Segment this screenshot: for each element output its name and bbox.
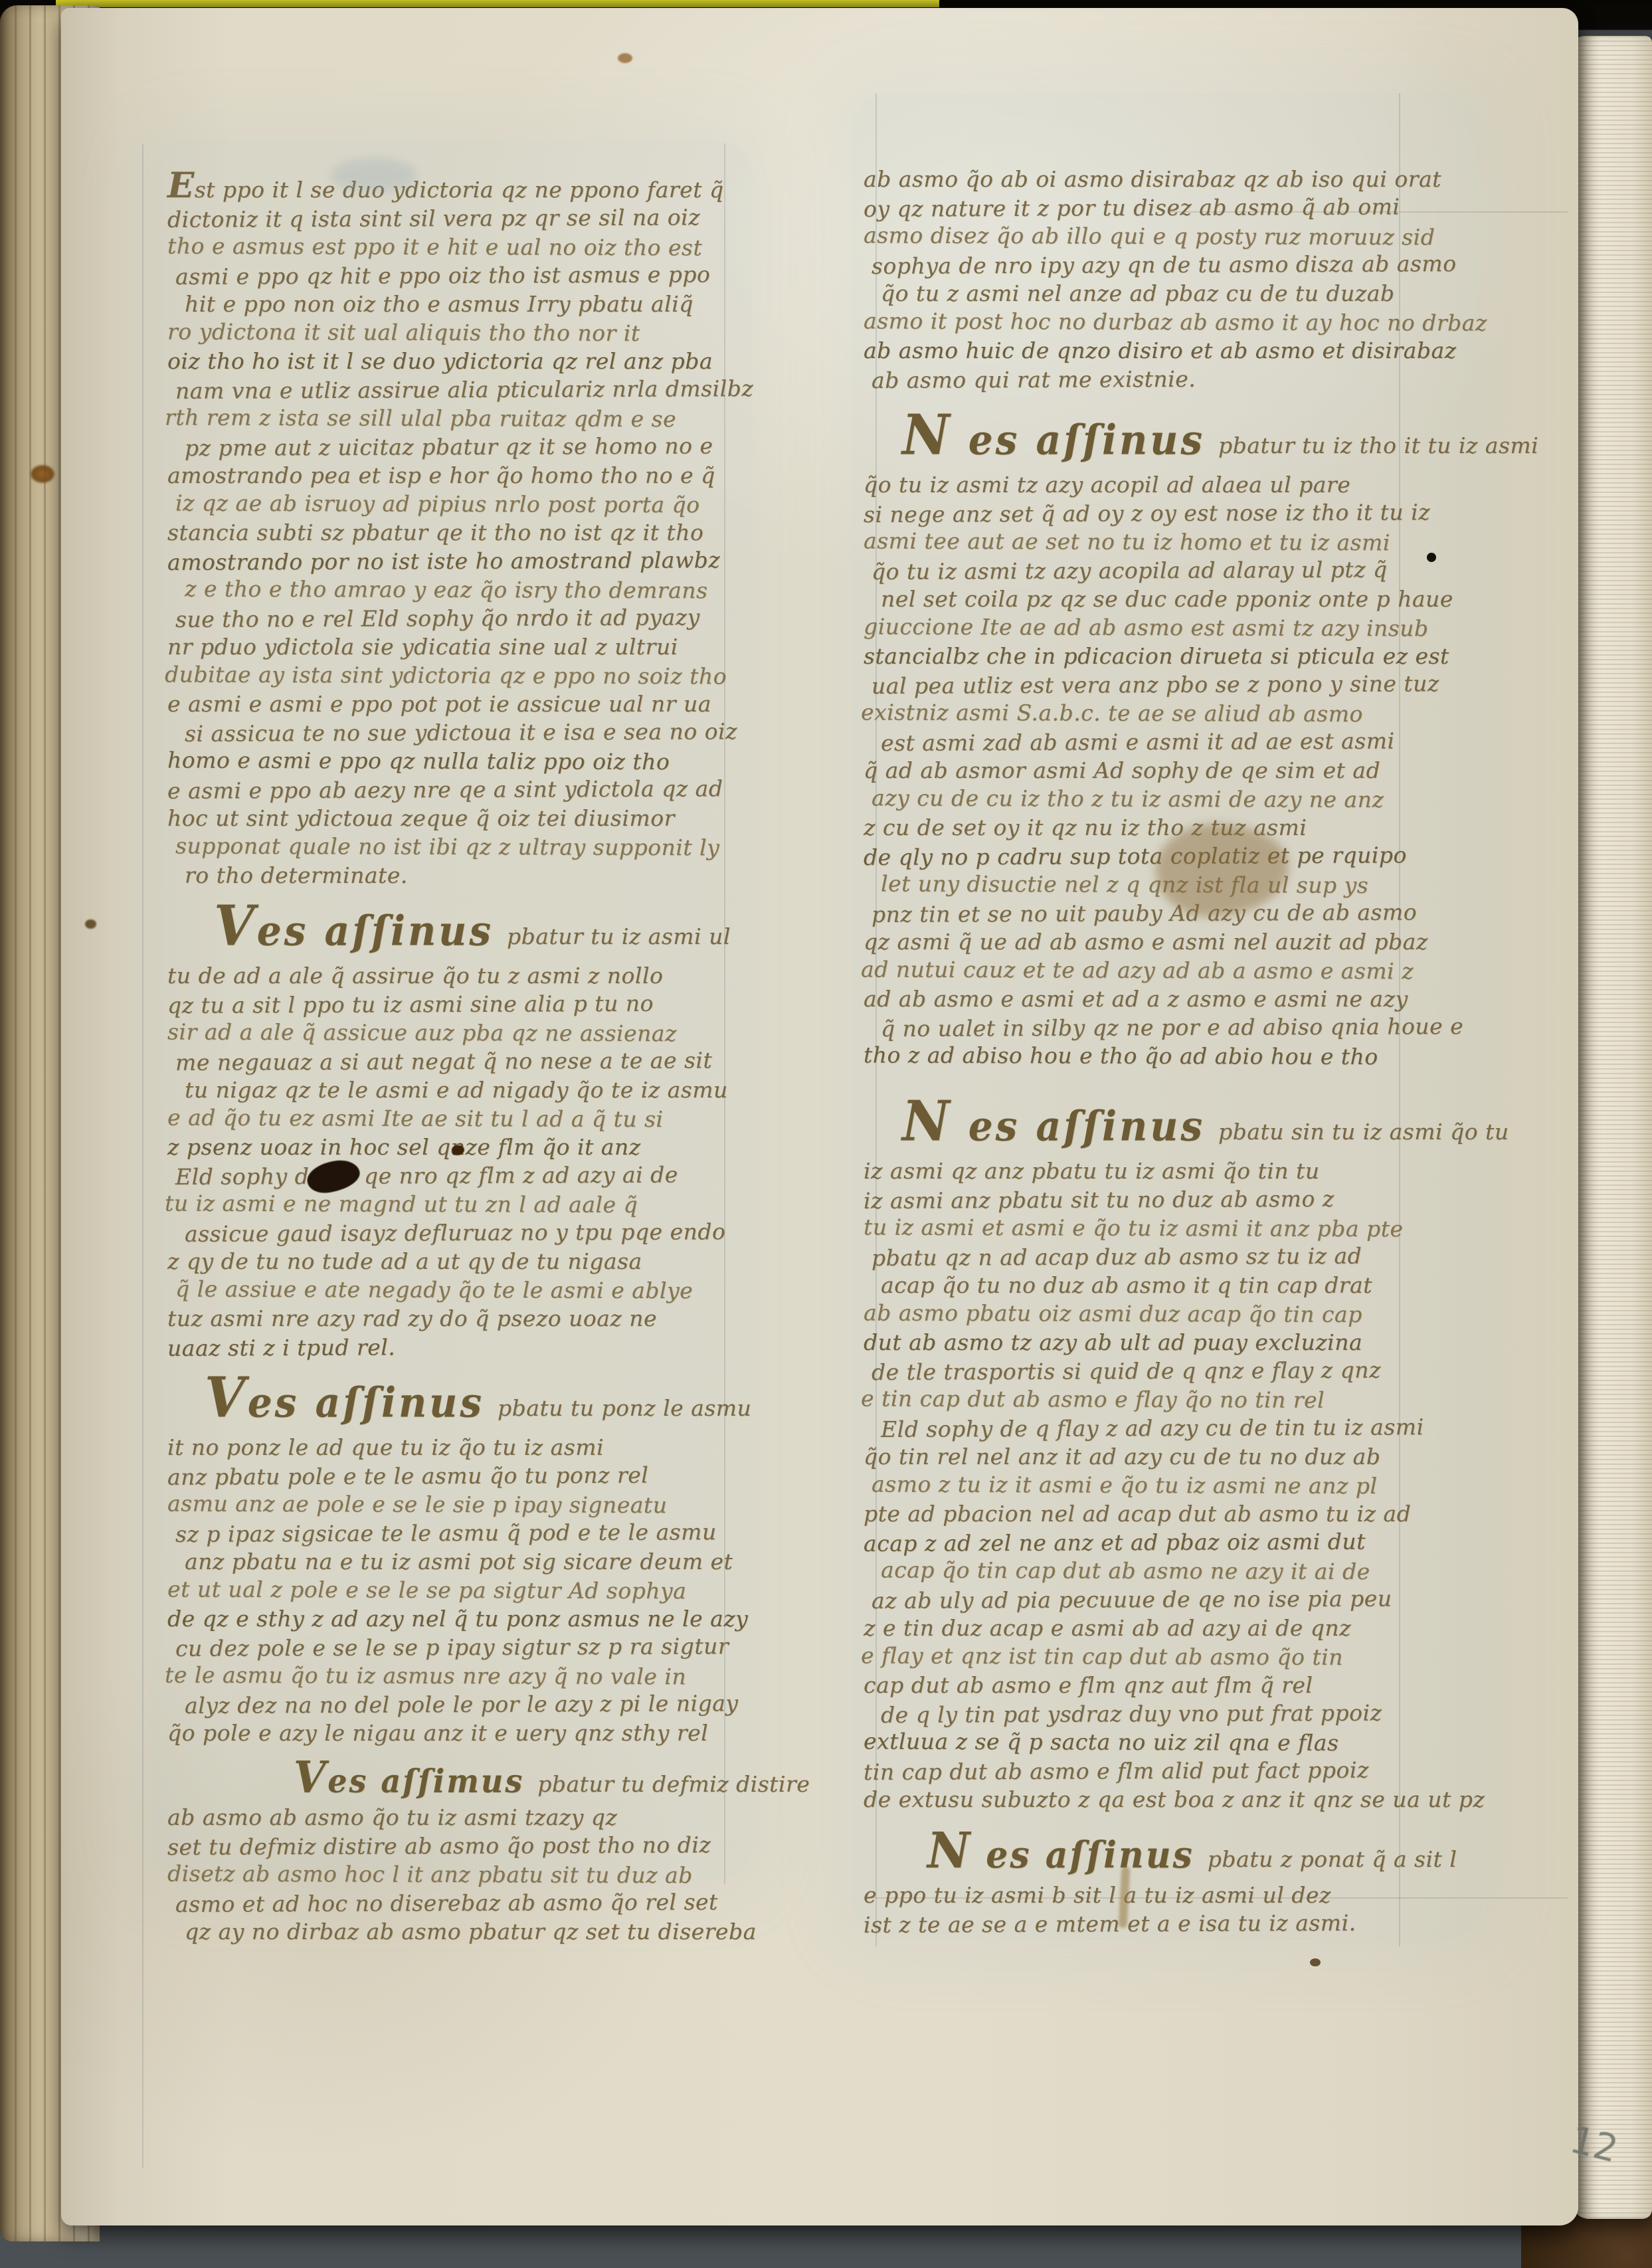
text-line: e tin cap dut ab asmo e flay q̃o no tin …	[861, 1384, 1471, 1414]
text-line: si assicua te no sue ydictoua it e isa e…	[185, 717, 752, 748]
heading-lead-text: pbatur tu iz tho it tu iz asmi	[1218, 432, 1538, 458]
heading-lead-text: pbatur tu iz asmi ul	[507, 923, 731, 949]
text-line: q̃o pole e azy le nigau anz it e uery qn…	[167, 1719, 752, 1747]
left-text-column: Est ppo it l se duo ydictoria qz ne ppon…	[167, 171, 752, 1958]
text-line: ab asmo pbatu oiz asmi duz acap q̃o tin …	[864, 1298, 1471, 1329]
text-line: e asmi e asmi e ppo pot pot ie assicue u…	[167, 690, 752, 718]
text-line: e asmi e ppo ab aezy nre qe a sint ydict…	[167, 774, 752, 805]
heading-lead-text: pbatu tu ponz le asmu	[498, 1395, 751, 1421]
text-line: te le asmu q̃o tu iz asmus nre azy q̃ no…	[165, 1660, 752, 1691]
text-line: asmo disez q̃o ab illo qui e q posty ruz…	[864, 221, 1471, 251]
sophism-heading: N es aſſinus	[902, 1095, 1205, 1153]
paragraph: N es aſſinuspbatu sin tu iz asmi q̃o tu …	[864, 1097, 1471, 1814]
text-line: nam vna e utliz assirue alia pticulariz …	[175, 374, 752, 405]
text-line: ad ab asmo e asmi et ad a z asmo e asmi …	[864, 985, 1471, 1013]
text-line: stancia subti sz pbatur qe it tho no ist…	[167, 518, 752, 547]
text-line: stancialbz che in pdicacion dirueta si p…	[864, 642, 1471, 670]
text-line: tuz asmi nre azy rad zy do q̃ psezo uoaz…	[167, 1304, 752, 1333]
sophism-heading: Ves aſſimus	[294, 1758, 524, 1801]
text-line: q̃o tu iz asmi tz azy acopila ad alaray …	[872, 555, 1471, 586]
paragraph-lines: q̃o tu iz asmi tz azy acopil ad alaea ul…	[864, 470, 1471, 1070]
text-line: acap q̃o tin cap dut ab asmo ne azy it a…	[881, 1555, 1471, 1586]
text-line: me negauaz a si aut negat q̃ no nese a t…	[175, 1046, 752, 1077]
text-line: e flay et qnz ist tin cap dut ab asmo q̃…	[861, 1641, 1471, 1671]
text-line: asmo et ad hoc no diserebaz ab asmo q̃o …	[175, 1887, 752, 1919]
paragraph-lines: e ppo tu iz asmi b sit l a tu iz asmi ul…	[864, 1881, 1471, 1938]
text-line: iz asmi anz pbatu sit tu no duz ab asmo …	[864, 1184, 1471, 1215]
heading-lead-text: pbatu z ponat q̃ a sit l	[1208, 1846, 1457, 1872]
text-line: homo e asmi e ppo qz nulla taliz ppo oiz…	[167, 745, 752, 776]
text-line: q̃o tu iz asmi tz azy acopil ad alaea ul…	[864, 470, 1471, 499]
text-line: existniz asmi S.a.b.c. te ae se aliud ab…	[861, 698, 1471, 728]
text-line: tu iz asmi et asmi e q̃o tu iz asmi it a…	[864, 1212, 1471, 1243]
text-line: ro ydictona it sit ual aliquis tho tho n…	[167, 317, 752, 347]
text-line: dictoniz it q ista sint sil vera pz qr s…	[167, 203, 752, 234]
text-line: Eld sophy de q flay z ad azy cu de tin t…	[881, 1412, 1471, 1444]
text-line: cu dez pole e se le se p ipay sigtur sz …	[175, 1632, 752, 1663]
paragraph: Ves aſſinuspbatu tu ponz le asmu it no p…	[167, 1373, 752, 1747]
text-line: uaaz sti z i tpud rel.	[167, 1331, 752, 1363]
text-line: ist z te ae se a e mtem et a e isa tu iz…	[864, 1908, 1471, 1939]
text-line: acap q̃o tu no duz ab asmo it q tin cap …	[881, 1271, 1471, 1299]
section-heading-line: Ves aſſinuspbatur tu iz asmi ul	[167, 901, 752, 961]
text-line: amostrando por no ist iste ho amostrand …	[167, 545, 752, 577]
text-line: az ab uly ad pia pecuuue de qe no ise pi…	[872, 1584, 1471, 1615]
text-line: tin cap dut ab asmo e flm alid put fact …	[864, 1755, 1471, 1786]
text-line: tho z ad abiso hou e tho q̃o ad abio hou…	[864, 1040, 1471, 1071]
text-line: et ut ual z pole e se le se pa sigtur Ad…	[167, 1574, 752, 1605]
text-line: azy cu de cu iz tho z tu iz asmi de azy …	[872, 783, 1471, 814]
text-line: set tu defmiz distire ab asmo q̃o post t…	[167, 1830, 752, 1861]
sophism-heading: N es aſſinus	[927, 1828, 1194, 1878]
text-line: est asmi zad ab asmi e asmi it ad ae est…	[881, 726, 1471, 757]
text-line: assicue gaud isayz defluruaz no y tpu pq…	[185, 1217, 752, 1248]
paragraph: ab asmo q̃o ab oi asmo disirabaz qz ab i…	[864, 165, 1471, 393]
text-line: pnz tin et se no uit pauby Ad azy cu de …	[872, 898, 1471, 929]
manuscript-photo: Est ppo it l se duo ydictoria qz ne ppon…	[0, 0, 1652, 2268]
text-line: ab asmo ab asmo q̃o tu iz asmi tzazy qz	[167, 1803, 752, 1832]
sophism-heading: Ves aſſinus	[214, 900, 494, 957]
text-line: q̃ le assiue e ate negady q̃o te le asmi…	[175, 1274, 752, 1305]
heading-lead-text: pbatur tu defmiz distire	[537, 1771, 810, 1797]
text-line: tu de ad a ale q̃ assirue q̃o tu z asmi …	[167, 961, 752, 990]
text-line: extluua z se q̃ p sacta no uiz zil qna e…	[864, 1727, 1471, 1757]
text-line: ad nutui cauz et te ad azy ad ab a asmo …	[861, 955, 1471, 985]
text-line: hit e ppo non oiz tho e asmus Irry pbatu…	[185, 290, 752, 318]
text-line: z cu de set oy it qz nu iz tho z tuz asm…	[864, 813, 1471, 842]
text-line: q̃o tin rel nel anz it ad azy cu de tu n…	[864, 1442, 1471, 1471]
text-line: qz tu a sit l ppo tu iz asmi sine alia p…	[167, 989, 752, 1020]
text-line: rth rem z ista se sill ulal pba ruitaz q…	[165, 403, 752, 433]
paragraph-lines: it no ponz le ad que tu iz q̃o tu iz asm…	[167, 1433, 752, 1747]
paragraph-lines: tu de ad a ale q̃ assirue q̃o tu z asmi …	[167, 961, 752, 1361]
text-line: anz pbatu na e tu iz asmi pot sig sicare…	[185, 1547, 752, 1576]
text-line: let uny disuctie nel z q qnz ist fla ul …	[881, 869, 1471, 899]
section-heading-line: Ves aſſinuspbatu tu ponz le asmu	[167, 1373, 752, 1433]
text-line: anz pbatu pole e te le asmu q̃o tu ponz …	[167, 1460, 752, 1491]
section-heading-line: N es aſſinuspbatur tu iz tho it tu iz as…	[864, 411, 1471, 470]
paragraph-lines: ab asmo q̃o ab oi asmo disirabaz qz ab i…	[864, 165, 1471, 393]
text-line: qz ay no dirbaz ab asmo pbatur qz set tu…	[185, 1917, 752, 1946]
text-line: asmi e ppo qz hit e ppo oiz tho ist asmu…	[175, 260, 752, 291]
text-line: acap z ad zel ne anz et ad pbaz oiz asmi…	[864, 1527, 1471, 1558]
text-line: dut ab asmo tz azy ab ult ad puay excluz…	[864, 1328, 1471, 1357]
margin-ruling-left	[142, 143, 143, 2168]
text-line: z qy de tu no tude ad a ut qy de tu niga…	[167, 1247, 752, 1276]
section-heading-line: Ves aſſimuspbatur tu defmiz distire	[167, 1759, 752, 1803]
text-line: oiz tho ho ist it l se duo ydictoria qz …	[167, 347, 752, 375]
paragraph: N es aſſinuspbatur tu iz tho it tu iz as…	[864, 411, 1471, 1070]
text-line: z e tin duz acap e asmi ab ad azy ai de …	[864, 1614, 1471, 1642]
text-line: de q ly tin pat ysdraz duy vno put frat …	[881, 1698, 1471, 1729]
text-line: asmo it post hoc no durbaz ab asmo it ay…	[864, 306, 1471, 337]
text-line: q̃o tu z asmi nel anze ad pbaz cu de tu …	[881, 279, 1471, 308]
text-line: ual pea utliz est vera anz pbo se z pono…	[872, 669, 1471, 700]
text-line: tu iz asmi e ne magnd ut tu zn l ad aale…	[165, 1188, 752, 1219]
sophism-heading: N es aſſinus	[902, 409, 1205, 466]
text-line: de qly no p cadru sup tota coplatiz et p…	[864, 840, 1471, 872]
heading-lead-text: pbatu sin tu iz asmi q̃o tu	[1218, 1119, 1509, 1145]
text-line: e ad q̃o tu ez asmi Ite ae sit tu l ad a…	[167, 1103, 752, 1133]
paragraph: Est ppo it l se duo ydictoria qz ne ppon…	[167, 171, 752, 890]
text-line: iz asmi qz anz pbatu tu iz asmi q̃o tin …	[864, 1157, 1471, 1185]
right-text-column: ab asmo q̃o ab oi asmo disirabaz qz ab i…	[864, 165, 1471, 1950]
text-line: ab asmo qui rat me existnie.	[872, 363, 1471, 395]
text-line: asmi tee aut ae set no tu iz homo et tu …	[864, 526, 1471, 557]
text-line: de tle trasportis si quid de q qnz e fla…	[872, 1355, 1471, 1386]
paragraph-lines: iz asmi qz anz pbatu tu iz asmi q̃o tin …	[864, 1157, 1471, 1814]
text-line: dubitae ay ista sint ydictoria qz e ppo …	[165, 660, 752, 690]
fore-edge-page-curl	[1572, 36, 1652, 2219]
text-line: sophya de nro ipy azy qn de tu asmo disz…	[872, 249, 1471, 280]
text-line: pte ad pbacion nel ad acap dut ab asmo t…	[864, 1499, 1471, 1528]
paragraph: Ves aſſinuspbatur tu iz asmi ul tu de ad…	[167, 901, 752, 1361]
text-line: oy qz nature it z por tu disez ab asmo q…	[864, 192, 1471, 223]
text-line: ro tho determinate.	[185, 861, 752, 890]
text-line: de extusu subuzto z qa est boa z anz it …	[864, 1785, 1471, 1814]
text-line: it no ponz le ad que tu iz q̃o tu iz asm…	[167, 1433, 752, 1462]
text-line: nel set coila pz qz se duc cade pponiz o…	[881, 585, 1471, 613]
text-line: si nege anz set q̃ ad oy z oy est nose i…	[864, 498, 1471, 529]
text-line: disetz ab asmo hoc l it anz pbatu sit tu…	[167, 1859, 752, 1889]
text-line: ab asmo huic de qnzo disiro et ab asmo e…	[864, 336, 1471, 365]
text-line: asmo z tu iz it asmi e q̃o tu iz asmi ne…	[872, 1469, 1471, 1500]
text-line: alyz dez na no del pole le por le azy z …	[185, 1689, 752, 1720]
text-line: amostrando pea et isp e hor q̃o homo tho…	[167, 461, 752, 490]
text-line: q̃ no ualet in silby qz ne por e ad abis…	[881, 1012, 1471, 1043]
paragraph: Ves aſſimuspbatur tu defmiz distire ab a…	[167, 1759, 752, 1946]
text-line: sz p ipaz sigsicae te le asmu q̃ pod e t…	[175, 1517, 752, 1549]
text-line: supponat quale no ist ibi qz z ultray su…	[175, 831, 752, 862]
section-heading-line: N es aſſinuspbatu z ponat q̃ a sit l	[864, 1830, 1471, 1881]
text-line: z psenz uoaz in hoc sel qnze flm q̃o it …	[167, 1133, 752, 1161]
text-line: nr pduo ydictola sie ydicatia sine ual z…	[167, 632, 752, 661]
text-line: asmu anz ae pole e se le sie p ipay sign…	[167, 1489, 752, 1519]
sophism-heading: Ves aſſinus	[205, 1372, 484, 1429]
text-line: q̃ ad ab asmor asmi Ad sophy de qe sim e…	[864, 756, 1471, 785]
paragraph: N es aſſinuspbatu z ponat q̃ a sit l e p…	[864, 1830, 1471, 1938]
text-line: Est ppo it l se duo ydictoria qz ne ppon…	[167, 171, 752, 204]
text-line: pbatu qz n ad acap duz ab asmo sz tu iz …	[872, 1241, 1471, 1272]
text-line: z e tho e tho amrao y eaz q̃o isry tho d…	[185, 575, 752, 605]
text-line: de qz e sthy z ad azy nel q̃ tu ponz asm…	[167, 1604, 752, 1633]
paragraph-lines: ab asmo ab asmo q̃o tu iz asmi tzazy qzs…	[167, 1803, 752, 1946]
section-heading-line: N es aſſinuspbatu sin tu iz asmi q̃o tu	[864, 1097, 1471, 1157]
text-line: sir ad a ale q̃ assicue auz pba qz ne as…	[167, 1017, 752, 1048]
text-line: tu nigaz qz te le asmi e ad nigady q̃o t…	[185, 1076, 752, 1104]
text-line: pz pme aut z uicitaz pbatur qz it se hom…	[185, 431, 752, 462]
text-line: sue tho no e rel Eld sophy q̃o nrdo it a…	[175, 603, 752, 634]
text-line: hoc ut sint ydictoua zeque q̃ oiz tei di…	[167, 804, 752, 832]
paragraph-lines: Est ppo it l se duo ydictoria qz ne ppon…	[167, 171, 752, 890]
text-line: Eld sophy ddy e qe nro qz flm z ad azy a…	[175, 1160, 752, 1191]
text-line: tho e asmus est ppo it e hit e ual no oi…	[167, 231, 752, 262]
text-line: e ppo tu iz asmi b sit l a tu iz asmi ul…	[864, 1881, 1471, 1909]
text-line: giuccione Ite ae ad ab asmo est asmi tz …	[864, 612, 1471, 642]
text-line: cap dut ab asmo e flm qnz aut flm q̃ rel	[864, 1671, 1471, 1699]
text-line: iz qz ae ab isruoy ad pipius nrlo post p…	[175, 488, 752, 519]
scan-edge-strip	[56, 0, 939, 7]
text-line: ab asmo q̃o ab oi asmo disirabaz qz ab i…	[864, 165, 1471, 193]
text-line: qz asmi q̃ ue ad ab asmo e asmi nel auzi…	[864, 927, 1471, 956]
